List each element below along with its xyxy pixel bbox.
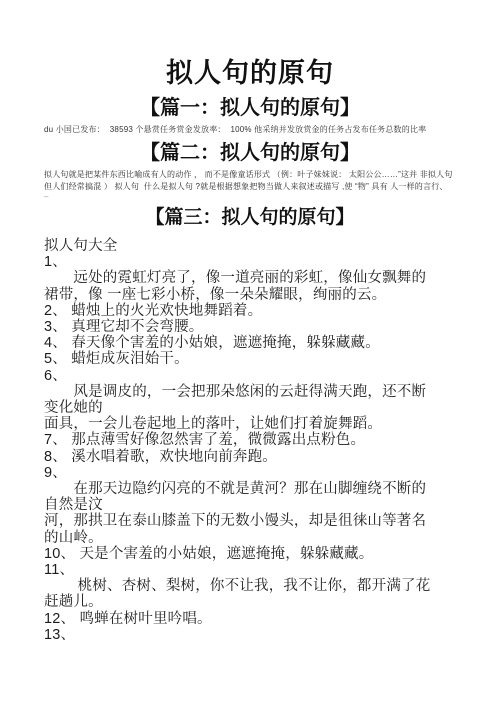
note-line: 拟人句就是把某件东西比喻成有人的动作 ， 而不是像童话形式 （例：叶子妹妹说： … — [44, 169, 456, 181]
section-heading-3: 【篇三：拟人句的原句】 — [44, 206, 456, 230]
body-line: 面具，一会儿卷起地上的落叶，让她们打着旋舞蹈。 — [44, 416, 456, 432]
note-line: 但人们经常搞混 ） 拟人句 什么是拟人句 ?就是根据想象把物当做人来叙述或描写 … — [44, 181, 456, 193]
body-line: 11、 — [44, 562, 456, 578]
body-line: 9、 — [44, 465, 456, 481]
body-line: 7、 那点薄雪好像忽然害了羞，微微露出点粉色。 — [44, 432, 456, 448]
body-line: 5、 蜡炬成灰泪始干。 — [44, 351, 456, 367]
body-line: 1、 — [44, 254, 456, 270]
section-2-note: 拟人句就是把某件东西比喻成有人的动作 ， 而不是像童话形式 （例：叶子妹妹说： … — [44, 169, 456, 200]
body-line: 在那天边隐约闪亮的不就是黄河？那在山脚缠绕不断的 — [44, 481, 456, 497]
body-line: 变化她的 — [44, 400, 456, 416]
note-line: – — [44, 193, 456, 200]
document-page: 拟人句的原句 【篇一：拟人句的原句】 du 小国已发布： 38593 个悬赏任务… — [0, 0, 500, 708]
section-heading-2: 【篇二：拟人句的原句】 — [44, 141, 456, 165]
body-line: 3、 真理它却不会弯腰。 — [44, 319, 456, 335]
body-line: 远处的霓虹灯亮了，像一道亮丽的彩虹，像仙女飘舞的 — [44, 270, 456, 286]
body-line: 风是调皮的，一会把那朵悠闲的云赶得满天跑，还不断 — [44, 384, 456, 400]
body-line: 拟人句大全 — [44, 238, 456, 254]
body-line: 自然是汶 — [44, 497, 456, 513]
body-line: 10、 天是个害羞的小姑娘，遮遮掩掩，躲躲藏藏。 — [44, 546, 456, 562]
section-heading-1: 【篇一：拟人句的原句】 — [44, 96, 456, 120]
body-line: 裙带，像 一座七彩小桥，像一朵朵耀眼，绚丽的云。 — [44, 287, 456, 303]
body-line: 2、 蜡烛上的火光欢快地舞蹈着。 — [44, 303, 456, 319]
page-title: 拟人句的原句 — [44, 56, 456, 90]
body-line: 6、 — [44, 368, 456, 384]
body-line: 12、 鸣蝉在树叶里吟唱。 — [44, 611, 456, 627]
body-line: 13、 — [44, 627, 456, 643]
body-line: 桃树、杏树、梨树，你不让我，我不让你，都开满了花 — [44, 578, 456, 594]
body-line: 4、 春天像个害羞的小姑娘，遮遮掩掩，躲躲藏藏。 — [44, 335, 456, 351]
body-line: 的山岭。 — [44, 530, 456, 546]
body-line: 河，那拱卫在泰山膝盖下的无数小馒头，却是徂徕山等著名 — [44, 513, 456, 529]
body-line: 8、 溪水唱着歌，欢快地向前奔跑。 — [44, 449, 456, 465]
sentence-list: 拟人句大全 1、 远处的霓虹灯亮了，像一道亮丽的彩虹，像仙女飘舞的 裙带，像 一… — [44, 238, 456, 643]
body-line: 赶趟儿。 — [44, 594, 456, 610]
publisher-meta-line: du 小国已发布： 38593 个悬赏任务赏金发放率： 100% 他采纳并发放赏… — [44, 125, 456, 135]
